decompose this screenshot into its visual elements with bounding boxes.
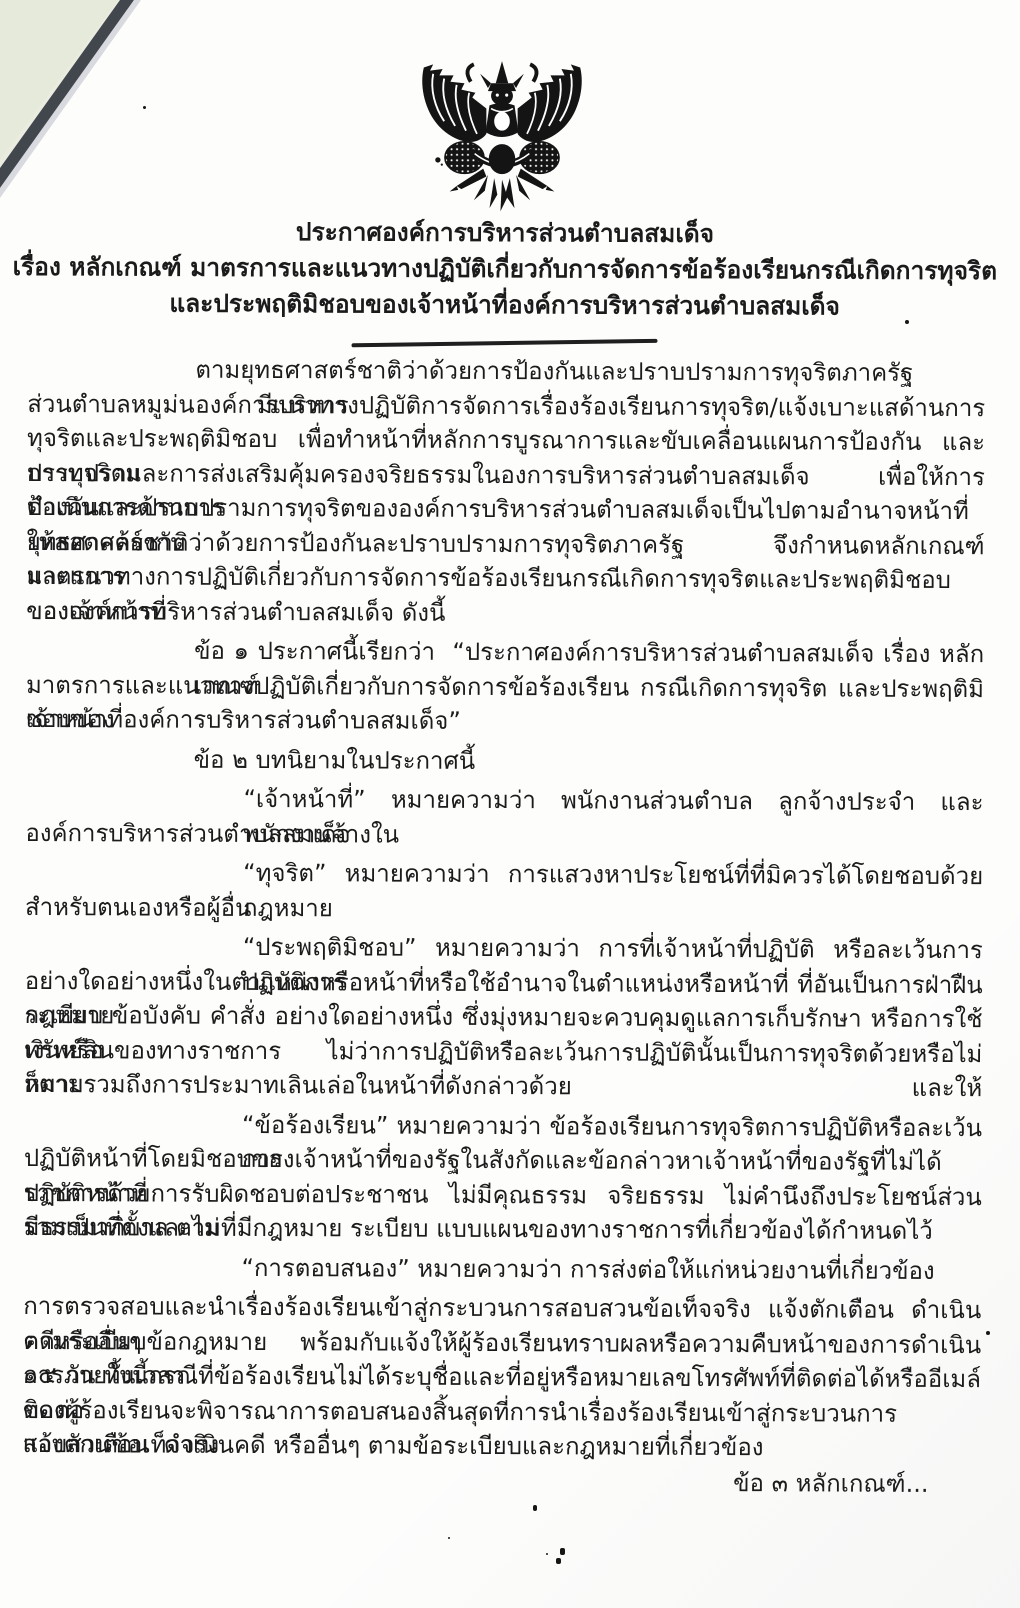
text-line: “เจ้าหน้าที่” หมายความว่า พนักงานส่วนตำบ… [25, 781, 983, 820]
text-line: “ข้อร้องเรียน” หมายความว่า ข้อร้องเรียนก… [24, 1106, 982, 1145]
text-line: ตามระเบียบข้อกฎหมาย พร้อมกับแจ้งให้ผู้ร้… [23, 1323, 981, 1362]
text-line: สำหรับตนเองหรือผู้อื่น [25, 889, 983, 928]
document-content: ประกาศองค์การบริหารส่วนตำบลสมเด็จ เรื่อง… [0, 0, 1020, 1608]
doc-title-line-1: ประกาศองค์การบริหารส่วนตำบลสมเด็จ [0, 213, 1010, 253]
text-line: ส่วนตำบลหมูม่น มีแนวทางปฏิบัติการจัดการเ… [27, 386, 985, 425]
text-line: อย่างใดอย่างหนึ่งในตำแหน่งหรือหน้าที่หรื… [25, 963, 983, 1002]
text-line: ปฏิบัติหน้าที่โดยมิชอบของเจ้าหน้าที่ของร… [24, 1141, 982, 1180]
paragraph: ข้อ ๑ ประกาศนี้เรียกว่า “ประกาศองค์การบร… [26, 633, 984, 741]
text-line: ๑๕ วัน ทั้งนี้กรณีที่ข้อร้องเรียนไม่ได้ร… [23, 1358, 981, 1397]
text-line: “การตอบสนอง” หมายความว่า การส่งต่อให้แก่… [23, 1249, 981, 1288]
text-line: ข้อ ๑ ประกาศนี้เรียกว่า “ประกาศองค์การบร… [26, 633, 984, 672]
text-line: “ทุจริต” หมายความว่า การแสวงหาประโยชน์ที… [25, 855, 983, 894]
text-line: “ประพฤติมิชอบ” หมายความว่า การที่เจ้าหน้… [25, 929, 983, 968]
text-line: และแนวทางการปฏิบัติเกี่ยวกับการจัดการข้อ… [26, 559, 984, 598]
paragraph: “การตอบสนอง” หมายความว่า การส่งต่อให้แก่… [23, 1249, 981, 1288]
ink-speck [143, 106, 146, 109]
text-line: ป้องกันและปราบปรามการทุจริตขององค์การบริ… [27, 490, 985, 529]
scanned-document-page: ประกาศองค์การบริหารส่วนตำบลสมเด็จ เรื่อง… [0, 0, 1020, 1608]
text-line: การตรวจสอบและนำเรื่องร้องเรียนเข้าสู่กระ… [23, 1289, 981, 1328]
text-line: ระเบียบ ข้อบังคับ คำสั่ง อย่างใดอย่างหนึ… [24, 998, 982, 1037]
ink-speck [986, 1331, 990, 1335]
ink-speck [560, 1548, 565, 1555]
continuation-note: ข้อ ๓ หลักเกณฑ์... [22, 1460, 1014, 1503]
text-line: ราชการด้วยการรับผิดชอบต่อประชาชน ไม่มีคุ… [24, 1175, 982, 1214]
ink-speck [448, 1537, 450, 1539]
paragraph: “เจ้าหน้าที่” หมายความว่า พนักงานส่วนตำบ… [25, 781, 983, 854]
document-title: ประกาศองค์การบริหารส่วนตำบลสมเด็จ เรื่อง… [0, 213, 1010, 325]
ink-speck [533, 1505, 537, 1511]
title-divider-line [351, 339, 657, 348]
paragraph: “ประพฤติมิชอบ” หมายความว่า การที่เจ้าหน้… [24, 929, 983, 1106]
paragraph: “ทุจริต” หมายความว่า การแสวงหาประโยชน์ที… [25, 855, 983, 928]
text-line: ข้อ ๒ บทนิยามในประกาศนี้ [26, 741, 984, 780]
text-line: เจ้าหน้าที่องค์การบริหารส่วนตำบลสมเด็จ” [26, 702, 984, 741]
text-line: องค์การบริหารส่วนตำบลสมเด็จ [25, 815, 983, 854]
paragraph: “ข้อร้องเรียน” หมายความว่า ข้อร้องเรียนก… [24, 1106, 983, 1248]
document-body: ตามยุทธศาสตร์ชาติว่าด้วยการป้องกันและปรา… [23, 352, 986, 1466]
ink-speck [556, 1558, 561, 1564]
paragraph: ข้อ ๒ บทนิยามในประกาศนี้ [26, 741, 984, 780]
text-line: การทุจริตและการส่งเสริมคุ้มครองจริยธรรมใ… [27, 455, 985, 494]
text-line: ตามยุทธศาสตร์ชาติว่าด้วยการป้องกันและปรา… [27, 352, 985, 391]
text-line: ทรัพย์สินของทางราชการ ไม่ว่าการปฏิบัติหร… [24, 1032, 982, 1071]
text-line: ขององค์การบริหารส่วนตำบลสมเด็จ ดังนี้ [26, 593, 984, 632]
text-line: ยุทธศาสตร์ชาติว่าด้วยการป้องกันละปราบปรา… [27, 524, 985, 563]
doc-title-line-2: เรื่อง หลักเกณฑ์ มาตรการและแนวทางปฏิบัติ… [0, 249, 1010, 289]
doc-title-line-3: และประพฤติมิชอบของเจ้าหน้าที่องค์การบริห… [0, 285, 1010, 325]
text-line: ทุจริตและประพฤติมิชอบ เพื่อทำหน้าที่หลัก… [27, 421, 985, 460]
text-line: มีธรรมาภิบาล ตามที่มีกฎหมาย ระเบียบ แบบแ… [24, 1210, 982, 1249]
text-line: ของผู้ร้องเรียนจะพิจารณาการตอบสนองสิ้นสุ… [23, 1392, 981, 1431]
paragraph: การตรวจสอบและนำเรื่องร้องเรียนเข้าสู่กระ… [23, 1289, 982, 1466]
ink-speck [905, 320, 909, 324]
ink-speck [546, 1553, 548, 1555]
paragraph: ตามยุทธศาสตร์ชาติว่าด้วยการป้องกันและปรา… [26, 352, 985, 632]
text-line: มาตรการและแนวทางปฏิบัติเกี่ยวกับการจัดกา… [26, 667, 984, 706]
